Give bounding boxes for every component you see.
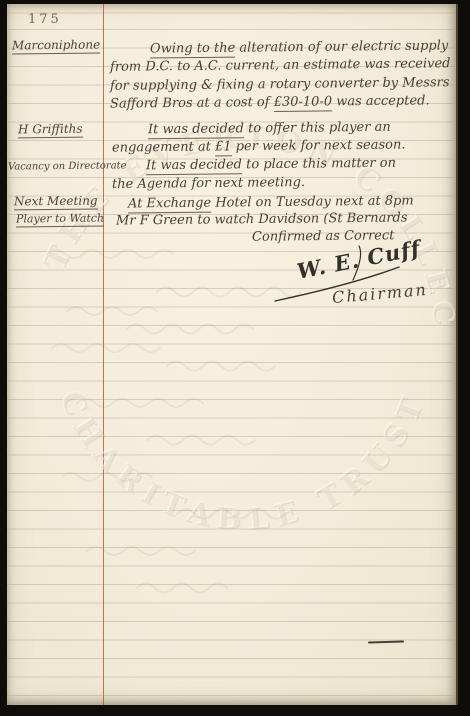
underlined-phrase: At Exchange [128, 196, 211, 214]
svg-text:CHARITABLE TRUST: CHARITABLE TRUST [53, 386, 435, 538]
handwriting-line: for supplying & fixing a rotary converte… [110, 75, 450, 94]
underlined-phrase: Owing to the [150, 41, 235, 59]
line-text: Mr F Green to watch Davidson (St Bernard… [116, 210, 408, 228]
line-text: to offer this player an [244, 120, 391, 137]
handwriting-line: Confirmed as Correct [252, 228, 395, 244]
watermark-bottom-arc-highlight: CHARITABLE TRUST [51, 385, 433, 537]
line-text: Confirmed as Correct [252, 228, 395, 244]
margin-note-next-meeting: Next Meeting [14, 194, 98, 210]
svg-text:CHARITABLE TRUST: CHARITABLE TRUST [51, 385, 433, 537]
handwriting-line: Mr F Green to watch Davidson (St Bernard… [116, 210, 408, 228]
scanned-page-background: THE EVERTON COLLECTION CHARITABLE TRUST … [0, 0, 470, 716]
line-text: the Agenda for next meeting. [112, 175, 305, 192]
line-text: Hotel on Tuesday next at 8pm [211, 194, 414, 211]
margin-note-marconiphone: Marconiphone [12, 38, 100, 54]
handwriting-line: It was decided to place this matter on [146, 156, 396, 174]
ink-dash [368, 641, 404, 644]
margin-note-h-griffiths: H Griffiths [18, 122, 83, 138]
margin-rule-line [103, 4, 104, 705]
chairman-title: Chairman [331, 280, 428, 307]
line-text: to place this matter on [242, 156, 396, 173]
margin-note-text: Next Meeting [14, 194, 98, 211]
margin-note-text: Vacancy on Directorate [8, 160, 127, 172]
line-text: from D.C. to A.C. current, an estimate w… [110, 56, 451, 75]
line-text: engagement at [112, 139, 215, 155]
underlined-phrase: It was decided [146, 157, 242, 175]
margin-note-text: H Griffiths [18, 122, 83, 139]
page-number: 175 [28, 12, 62, 27]
margin-note-player-to-watch: Player to Watch [16, 211, 104, 227]
line-text: for supplying & fixing a rotary converte… [110, 75, 450, 94]
underlined-amount: £1 [215, 139, 232, 156]
handwriting-line: Safford Bros at a cost of £30-10-0 was a… [110, 93, 430, 111]
handwriting-line: At Exchange Hotel on Tuesday next at 8pm [128, 194, 414, 212]
watermark-bottom-arc-shadow: CHARITABLE TRUST [53, 386, 435, 538]
handwriting-line: It was decided to offer this player an [148, 120, 391, 138]
handwriting-line: engagement at £1 per week for next seaso… [112, 137, 406, 155]
margin-note-text: Marconiphone [12, 38, 100, 55]
handwriting-line: Owing to the alteration of our electric … [150, 38, 448, 56]
handwriting-line: from D.C. to A.C. current, an estimate w… [110, 56, 451, 75]
margin-note-text: Player to Watch [16, 212, 104, 228]
line-text: was accepted. [332, 93, 430, 109]
underlined-amount: £30-10-0 [274, 94, 333, 112]
ledger-page: THE EVERTON COLLECTION CHARITABLE TRUST … [7, 4, 458, 705]
margin-note-vacancy-directorate: Vacancy on Directorate [8, 158, 127, 174]
line-text: per week for next season. [231, 137, 405, 154]
underlined-phrase: It was decided [148, 121, 244, 139]
line-text: Safford Bros at a cost of [110, 95, 274, 112]
line-text: alteration of our electric supply [235, 38, 448, 55]
handwriting-line: the Agenda for next meeting. [112, 175, 305, 192]
